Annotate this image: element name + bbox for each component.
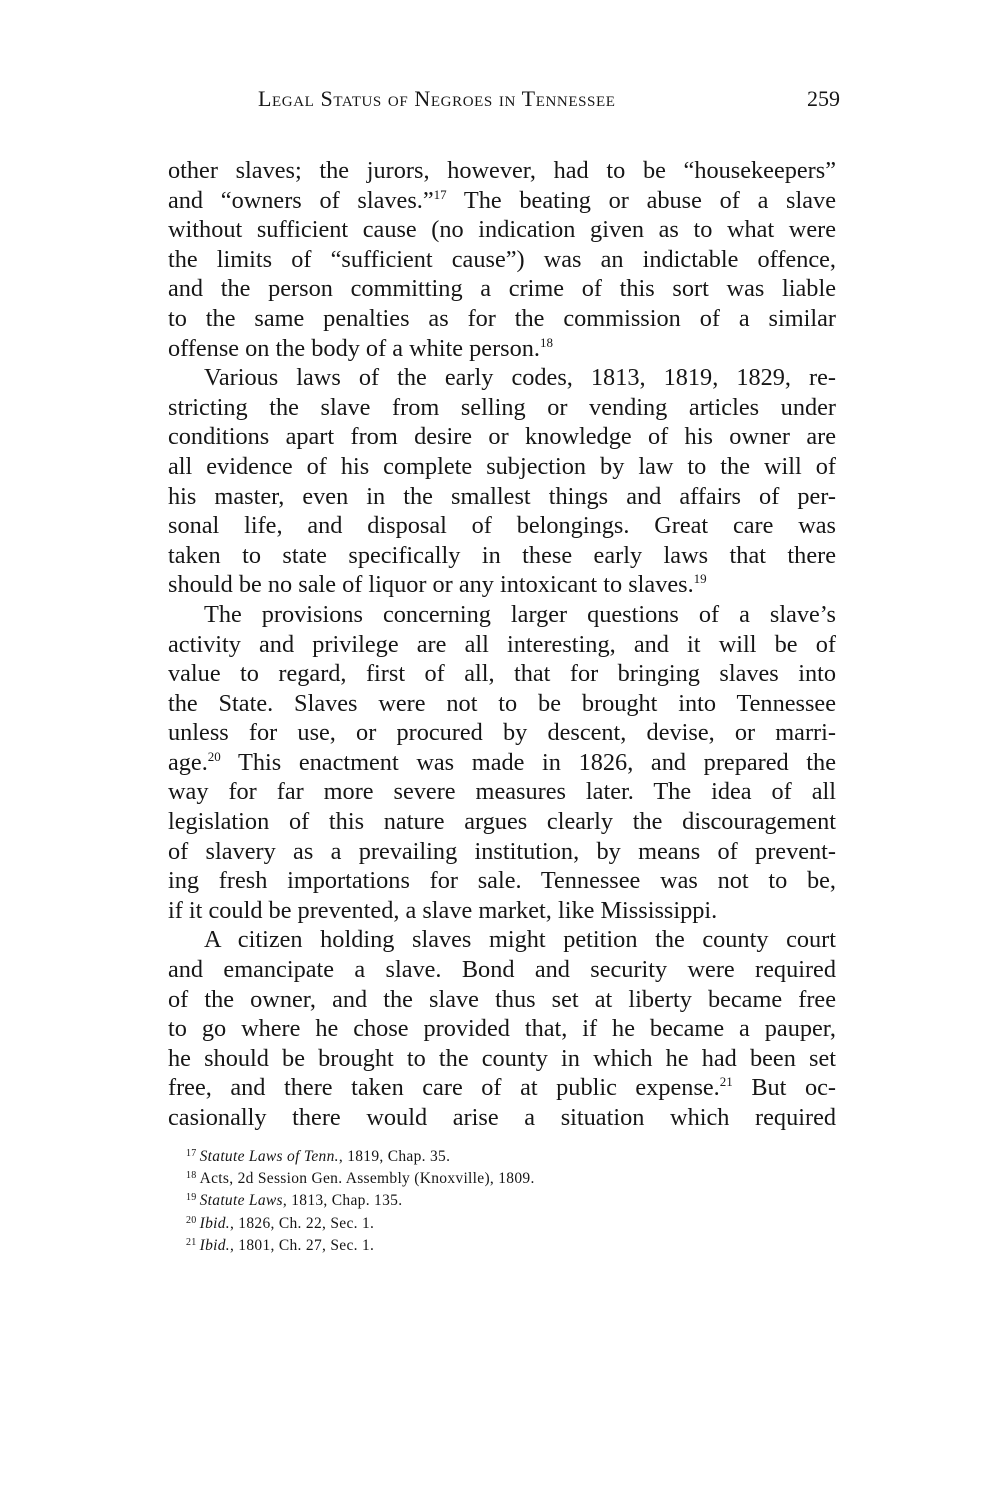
text-line: and emancipate a slave. Bond and securit… <box>168 955 836 985</box>
footnote-ref-18[interactable]: 18 <box>540 335 553 350</box>
text-line: of slavery as a prevailing institution, … <box>168 837 836 867</box>
footnote-number: 21 <box>186 1237 197 1248</box>
text-line: the limits of “sufficient cause”) was an… <box>168 245 836 275</box>
footnote-number: 19 <box>186 1192 197 1203</box>
text-line: sonal life, and disposal of belongings. … <box>168 511 836 541</box>
text-line: conditions apart from desire or knowledg… <box>168 422 836 452</box>
text-line: of the owner, and the slave thus set at … <box>168 985 836 1015</box>
text-line: the State. Slaves were not to be brought… <box>168 689 836 719</box>
footnote-ref-19[interactable]: 19 <box>694 571 707 586</box>
text-line: unless for use, or procured by descent, … <box>168 718 836 748</box>
footnote-number: 17 <box>186 1148 197 1159</box>
text-line: to go where he chose provided that, if h… <box>168 1014 836 1044</box>
text-run: free, and there taken care of at public … <box>168 1074 720 1101</box>
text-line: way for far more severe measures later. … <box>168 777 836 807</box>
footnote-number: 20 <box>186 1215 197 1226</box>
footnote-title: Statute Laws <box>200 1192 283 1209</box>
footnotes: 17Statute Laws of Tenn., 1819, Chap. 35.… <box>186 1143 686 1254</box>
footnote-21: 21Ibid., 1801, Ch. 27, Sec. 1. <box>186 1232 686 1254</box>
text-line: if it could be prevented, a slave market… <box>168 896 836 926</box>
text-run: offense on the body of a white person. <box>168 335 540 362</box>
footnote-ref-21[interactable]: 21 <box>720 1074 733 1089</box>
body-text: other slaves; the jurors, however, had t… <box>168 156 836 1133</box>
text-run: But oc- <box>733 1074 836 1101</box>
footnote-17: 17Statute Laws of Tenn., 1819, Chap. 35. <box>186 1143 686 1165</box>
text-line: taken to state specifically in these ear… <box>168 541 836 571</box>
footnote-text: , 1819, Chap. 35. <box>339 1148 450 1165</box>
text-line: activity and privilege are all interesti… <box>168 630 836 660</box>
text-run: age. <box>168 749 208 776</box>
text-line: stricting the slave from selling or vend… <box>168 393 836 423</box>
footnote-text: , 1813, Chap. 135. <box>283 1192 403 1209</box>
text-run: and “owners of slaves.” <box>168 187 434 214</box>
text-line: legislation of this nature argues clearl… <box>168 807 836 837</box>
running-head: Legal Status of Negroes in Tennessee 259 <box>258 86 840 116</box>
footnote-19: 19Statute Laws, 1813, Chap. 135. <box>186 1187 686 1209</box>
footnote-title: Ibid. <box>200 1237 230 1254</box>
running-title: Legal Status of Negroes in Tennessee <box>258 86 616 112</box>
text-line: age.20 This enactment was made in 1826, … <box>168 748 836 778</box>
footnote-text: , 1801, Ch. 27, Sec. 1. <box>230 1237 374 1254</box>
footnote-ref-17[interactable]: 17 <box>434 187 447 202</box>
text-line: other slaves; the jurors, however, had t… <box>168 156 836 186</box>
page-number: 259 <box>807 86 840 112</box>
text-run: should be no sale of liquor or any intox… <box>168 571 694 598</box>
text-run: This enactment was made in 1826, and pre… <box>221 749 836 776</box>
text-line: without sufficient cause (no indication … <box>168 215 836 245</box>
book-page: Legal Status of Negroes in Tennessee 259… <box>0 0 1000 1507</box>
text-line: should be no sale of liquor or any intox… <box>168 570 836 600</box>
text-line: all evidence of his complete subjection … <box>168 452 836 482</box>
text-line: The provisions concerning larger questio… <box>168 600 836 630</box>
footnote-text: Acts, 2d Session Gen. Assembly (Knoxvill… <box>200 1170 535 1187</box>
text-line: free, and there taken care of at public … <box>168 1073 836 1103</box>
text-line: offense on the body of a white person.18 <box>168 334 836 364</box>
text-run: The beating or abuse of a slave <box>447 187 836 214</box>
text-line: casionally there would arise a situation… <box>168 1103 836 1133</box>
footnote-ref-20[interactable]: 20 <box>208 749 221 764</box>
text-line: Various laws of the early codes, 1813, 1… <box>168 363 836 393</box>
text-line: and “owners of slaves.”17 The beating or… <box>168 186 836 216</box>
footnote-20: 20Ibid., 1826, Ch. 22, Sec. 1. <box>186 1210 686 1232</box>
text-line: value to regard, first of all, that for … <box>168 659 836 689</box>
footnote-title: Ibid. <box>200 1215 230 1232</box>
text-line: ing fresh importations for sale. Tenness… <box>168 866 836 896</box>
footnote-number: 18 <box>186 1170 197 1181</box>
text-line: his master, even in the smallest things … <box>168 482 836 512</box>
text-line: A citizen holding slaves might petition … <box>168 925 836 955</box>
footnote-title: Statute Laws of Tenn. <box>200 1148 339 1165</box>
text-line: to the same penalties as for the commiss… <box>168 304 836 334</box>
text-line: he should be brought to the county in wh… <box>168 1044 836 1074</box>
text-line: and the person committing a crime of thi… <box>168 274 836 304</box>
footnote-18: 18Acts, 2d Session Gen. Assembly (Knoxvi… <box>186 1165 686 1187</box>
footnote-text: , 1826, Ch. 22, Sec. 1. <box>230 1215 374 1232</box>
